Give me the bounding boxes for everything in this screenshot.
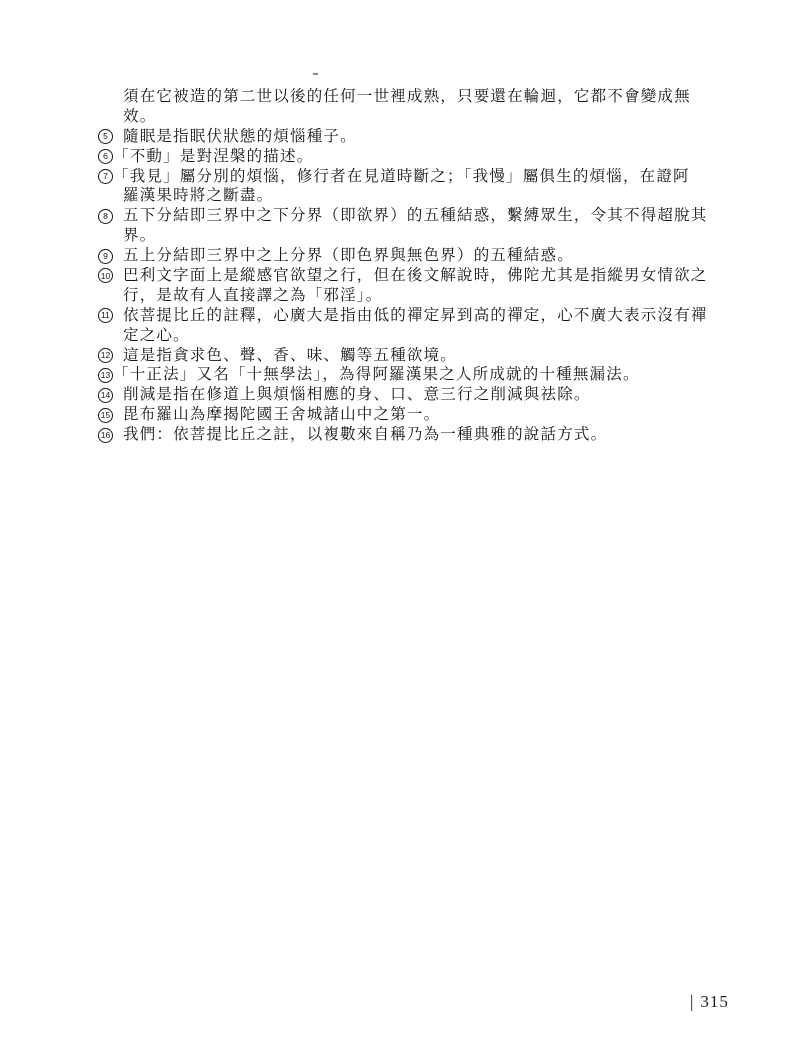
footnote-text: 羅漢果時將之斷盡。 [123,186,273,206]
footnote-12: 12 這是指貪求色、聲、香、味、觸等五種欲境。 [98,346,718,366]
footnote-5: 5 隨眠是指眠伏狀態的煩惱種子。 [98,127,718,147]
footnote-13: 13 「十正法」又名「十無學法」，為得阿羅漢果之人所成就的十種無漏法。 [98,365,718,385]
circled-number-icon: 9 [98,249,113,264]
footnote-8-continuation: 界。 [98,226,718,246]
footnote-text: 五上分結即三界中之上分界（即色界與無色界）的五種結惑。 [123,246,574,266]
footnote-8: 8 五下分結即三界中之下分界（即欲界）的五種結惑，繫縛眾生，令其不得超脫其 [98,206,718,226]
circled-number-icon: 10 [98,268,113,283]
circled-number-icon: 6 [98,149,113,164]
footnote-text: 行，是故有人直接譯之為「邪淫」。 [123,286,382,306]
footnote-9: 9 五上分結即三界中之上分界（即色界與無色界）的五種結惑。 [98,246,718,266]
footnote-text: 「不動」是對涅槃的描述。 [113,147,313,167]
circled-number-icon: 16 [98,428,113,443]
footnote-7-continuation: 羅漢果時將之斷盡。 [98,186,718,206]
footnote-text: 界。 [123,226,156,246]
footnote-11: 11 依菩提比丘的註釋，心廣大是指由低的禪定昇到高的禪定，心不廣大表示沒有禪 [98,306,718,326]
footnote-10-continuation: 行，是故有人直接譯之為「邪淫」。 [98,286,718,306]
footnote-text: 定之心。 [123,326,190,346]
footnote-text: 依菩提比丘的註釋，心廣大是指由低的禪定昇到高的禪定，心不廣大表示沒有禪 [123,306,708,326]
continuation-text: 須在它被造的第二世以後的任何一世裡成熟，只要還在輪迴，它都不會變成無 [123,87,691,107]
footnote-11-continuation: 定之心。 [98,326,718,346]
circled-number-icon: 13 [98,368,113,383]
continuation-line: 須在它被造的第二世以後的任何一世裡成熟，只要還在輪迴，它都不會變成無 [98,87,718,107]
footnote-text: 削減是指在修道上與煩惱相應的身、口、意三行之削減與祛除。 [123,385,591,405]
book-page: 須在它被造的第二世以後的任何一世裡成熟，只要還在輪迴，它都不會變成無 效。 5 … [0,0,792,1056]
footnote-text: 五下分結即三界中之下分界（即欲界）的五種結惑，繫縛眾生，令其不得超脫其 [123,206,708,226]
continuation-text: 效。 [123,107,156,127]
footnote-text: 「十正法」又名「十無學法」，為得阿羅漢果之人所成就的十種無漏法。 [113,365,640,385]
footnote-text: 「我見」屬分別的煩惱，修行者在見道時斷之；「我慢」屬俱生的煩惱，在證阿 [113,167,690,187]
footnote-text: 毘布羅山為摩揭陀國王舍城諸山中之第一。 [123,405,440,425]
page-number-separator: | [690,992,693,1013]
page-number: 315 [700,992,729,1012]
footnote-text: 巴利文字面上是縱感官欲望之行，但在後文解說時，佛陀尤其是指縱男女情欲之 [123,266,708,286]
footnotes-block: 須在它被造的第二世以後的任何一世裡成熟，只要還在輪迴，它都不會變成無 效。 5 … [98,87,718,445]
circled-number-icon: 8 [98,209,113,224]
circled-number-icon: 15 [98,408,113,423]
circled-number-icon: 11 [98,308,113,323]
circled-number-icon: 7 [98,169,113,184]
continuation-line: 效。 [98,107,718,127]
footnote-15: 15 毘布羅山為摩揭陀國王舍城諸山中之第一。 [98,405,718,425]
stray-scan-mark [313,73,318,75]
footnote-text: 這是指貪求色、聲、香、味、觸等五種欲境。 [123,346,457,366]
footnote-10: 10 巴利文字面上是縱感官欲望之行，但在後文解說時，佛陀尤其是指縱男女情欲之 [98,266,718,286]
footnote-6: 6 「不動」是對涅槃的描述。 [98,147,718,167]
footnote-16: 16 我們：依菩提比丘之註，以複數來自稱乃為一種典雅的說話方式。 [98,425,718,445]
circled-number-icon: 14 [98,388,113,403]
footnote-text: 隨眠是指眠伏狀態的煩惱種子。 [123,127,357,147]
footnote-14: 14 削減是指在修道上與煩惱相應的身、口、意三行之削減與祛除。 [98,385,718,405]
circled-number-icon: 5 [98,129,113,144]
page-footer: | 315 [690,992,729,1012]
footnote-text: 我們：依菩提比丘之註，以複數來自稱乃為一種典雅的說話方式。 [123,425,607,445]
circled-number-icon: 12 [98,348,113,363]
footnote-7: 7 「我見」屬分別的煩惱，修行者在見道時斷之；「我慢」屬俱生的煩惱，在證阿 [98,167,718,187]
